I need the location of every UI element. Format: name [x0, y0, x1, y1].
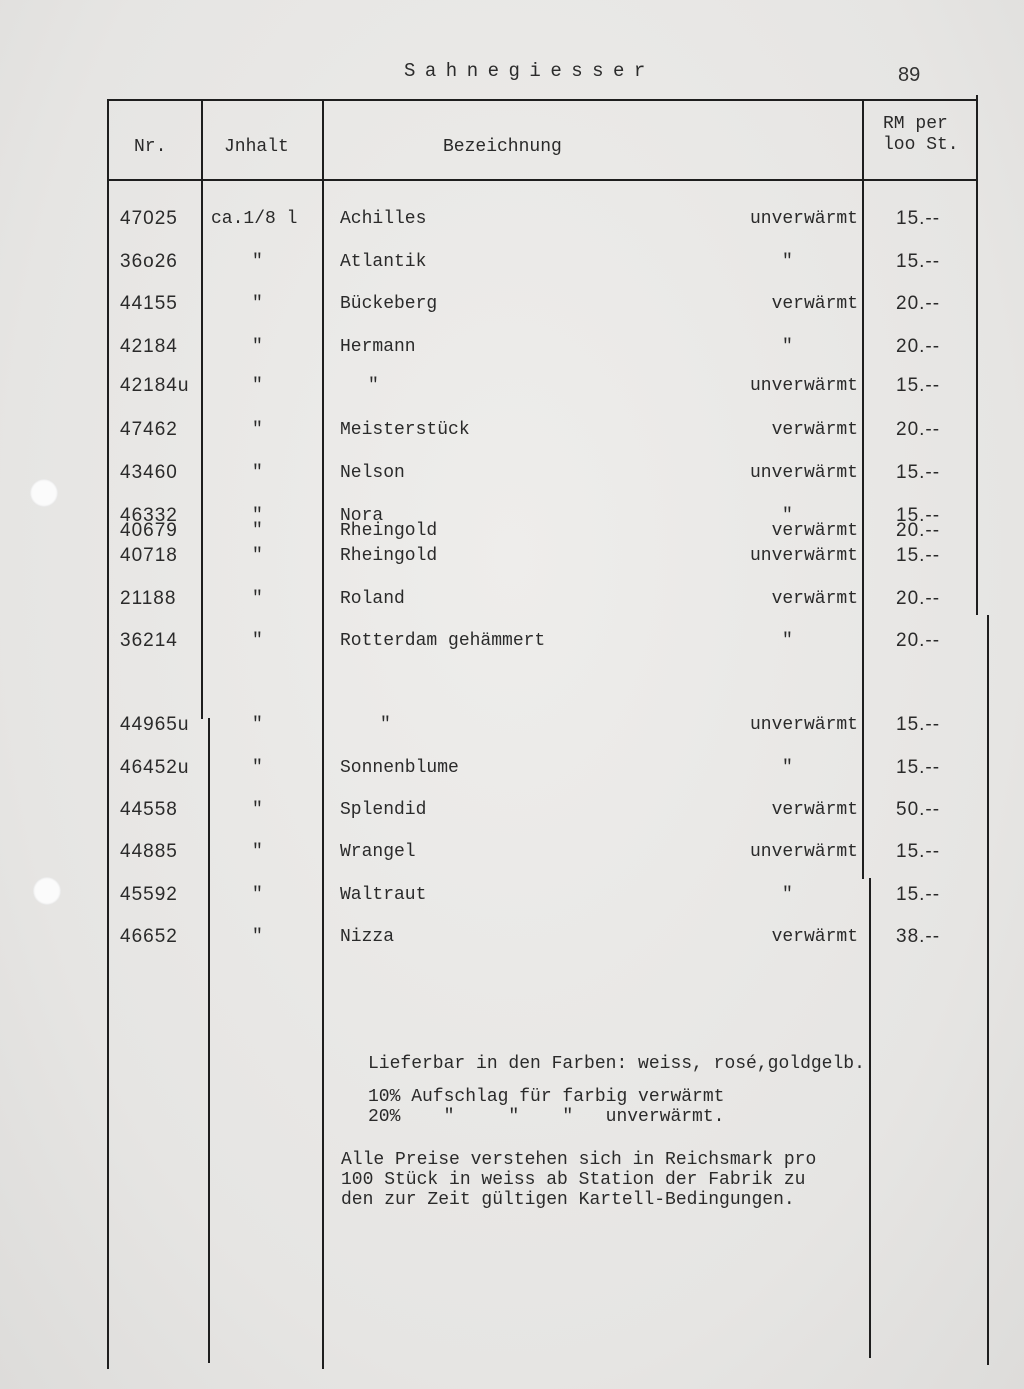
cell-inhalt: " [252, 376, 263, 396]
cell-inhalt: ca.1/8 l [211, 209, 297, 229]
cell-price: 15.-- [896, 715, 940, 735]
header-nr: Nr. [134, 137, 166, 158]
header-bottom-border [107, 179, 978, 181]
cell-nr: 44558 [120, 800, 178, 820]
cell-inhalt: " [252, 521, 263, 541]
cell-price: 15.-- [896, 209, 940, 229]
cell-bezeichnung: Nelson [340, 463, 405, 483]
cell-price: 15.-- [896, 463, 940, 483]
cell-inhalt: " [252, 631, 263, 651]
cell-inhalt: " [252, 842, 263, 862]
cell-inhalt: " [252, 252, 263, 272]
cell-bezeichnung: Wrangel [340, 842, 416, 862]
cell-inhalt: " [252, 758, 263, 778]
cell-nr: 44155 [120, 294, 178, 314]
cell-type: unverwärmt [750, 546, 858, 566]
cell-nr: 21188 [120, 589, 176, 609]
cell-price: 20.-- [896, 521, 940, 541]
cell-price: 15.-- [896, 885, 940, 905]
column-divider [862, 99, 864, 879]
cell-price: 20.-- [896, 589, 940, 609]
cell-bezeichnung: Achilles [340, 209, 426, 229]
header-price-line2: loo St. [883, 135, 959, 156]
cell-nr: 42184 [120, 337, 178, 357]
cell-nr: 45592 [120, 885, 178, 905]
cell-inhalt: " [252, 800, 263, 820]
cell-inhalt: " [252, 927, 263, 947]
cell-nr: 46652 [120, 927, 178, 947]
cell-inhalt: " [252, 294, 263, 314]
cell-inhalt: " [252, 546, 263, 566]
cell-type: " [782, 631, 793, 651]
cell-inhalt: " [252, 420, 263, 440]
column-divider [201, 99, 203, 719]
cell-price: 15.-- [896, 842, 940, 862]
cell-price: 15.-- [896, 758, 940, 778]
cell-price: 20.-- [896, 294, 940, 314]
cell-nr: 44885 [120, 842, 178, 862]
cell-nr: 43460 [120, 463, 178, 483]
cell-bezeichnung: Meisterstück [340, 420, 470, 440]
table-right-border [987, 615, 989, 1365]
header-price-line1: RM per [883, 114, 948, 135]
cell-type: " [782, 252, 793, 272]
table-left-border [107, 99, 109, 1369]
cell-price: 20.-- [896, 420, 940, 440]
cell-type: unverwärmt [750, 463, 858, 483]
cell-nr: 46452u [120, 758, 189, 778]
cell-price: 15.-- [896, 546, 940, 566]
column-divider [322, 99, 324, 1369]
cell-bezeichnung: Rotterdam gehämmert [340, 631, 545, 651]
cell-type: verwärmt [772, 521, 858, 541]
cell-nr: 47462 [120, 420, 178, 440]
cell-type: unverwärmt [750, 376, 858, 396]
cell-price: 20.-- [896, 631, 940, 651]
note-surcharge-1: 10% Aufschlag für farbig verwärmt [368, 1087, 724, 1107]
cell-nr: 36214 [120, 631, 178, 651]
cell-inhalt: " [252, 463, 263, 483]
table-top-border [107, 99, 978, 101]
column-divider [869, 878, 871, 1358]
cell-inhalt: " [252, 589, 263, 609]
page-number: 89 [898, 64, 920, 87]
cell-bezeichnung: Splendid [340, 800, 426, 820]
cell-bezeichnung: Atlantik [340, 252, 426, 272]
punch-hole [30, 479, 58, 507]
cell-type: " [782, 758, 793, 778]
cell-price: 15.-- [896, 252, 940, 272]
header-inhalt: Jnhalt [224, 137, 289, 158]
document-page: Sahnegiesser 89 Nr. Jnhalt Bezeichnung R… [0, 0, 1024, 1389]
cell-price: 38.-- [896, 927, 940, 947]
page-title: Sahnegiesser [404, 60, 655, 82]
cell-nr: 36o26 [120, 252, 178, 272]
note-terms-1: Alle Preise verstehen sich in Reichsmark… [341, 1150, 816, 1170]
note-colors: Lieferbar in den Farben: weiss, rosé,gol… [368, 1054, 865, 1074]
note-terms-2: 100 Stück in weiss ab Station der Fabrik… [341, 1170, 805, 1190]
cell-bezeichnung: Roland [340, 589, 405, 609]
cell-type: verwärmt [772, 420, 858, 440]
cell-price: 50.-- [896, 800, 940, 820]
header-bezeichnung: Bezeichnung [443, 137, 562, 158]
cell-price: 20.-- [896, 337, 940, 357]
cell-nr: 44965u [120, 715, 189, 735]
cell-price: 15.-- [896, 376, 940, 396]
cell-type: " [782, 337, 793, 357]
column-divider [208, 718, 210, 1363]
cell-nr: 40718 [120, 546, 178, 566]
cell-bezeichnung: Bückeberg [340, 294, 437, 314]
cell-inhalt: " [252, 337, 263, 357]
note-terms-3: den zur Zeit gültigen Kartell-Bedingunge… [341, 1190, 795, 1210]
cell-bezeichnung: Rheingold [340, 521, 437, 541]
note-surcharge-2: 20% " " " unverwärmt. [368, 1107, 724, 1127]
cell-type: verwärmt [772, 927, 858, 947]
cell-bezeichnung: Waltraut [340, 885, 426, 905]
table-right-border [976, 95, 978, 615]
cell-type: unverwärmt [750, 715, 858, 735]
cell-inhalt: " [252, 715, 263, 735]
cell-type: unverwärmt [750, 842, 858, 862]
cell-type: verwärmt [772, 589, 858, 609]
cell-bezeichnung: Sonnenblume [340, 758, 459, 778]
cell-bezeichnung: Rheingold [340, 546, 437, 566]
cell-type: verwärmt [772, 294, 858, 314]
cell-type: unverwärmt [750, 209, 858, 229]
cell-bezeichnung: " [380, 715, 391, 735]
cell-nr: 42184u [120, 376, 189, 396]
cell-inhalt: " [252, 885, 263, 905]
cell-bezeichnung: Hermann [340, 337, 416, 357]
cell-nr: 40679 [120, 521, 178, 541]
cell-bezeichnung: " [368, 376, 379, 396]
cell-type: " [782, 885, 793, 905]
punch-hole [33, 877, 61, 905]
cell-nr: 47025 [120, 209, 178, 229]
cell-type: verwärmt [772, 800, 858, 820]
cell-bezeichnung: Nizza [340, 927, 394, 947]
